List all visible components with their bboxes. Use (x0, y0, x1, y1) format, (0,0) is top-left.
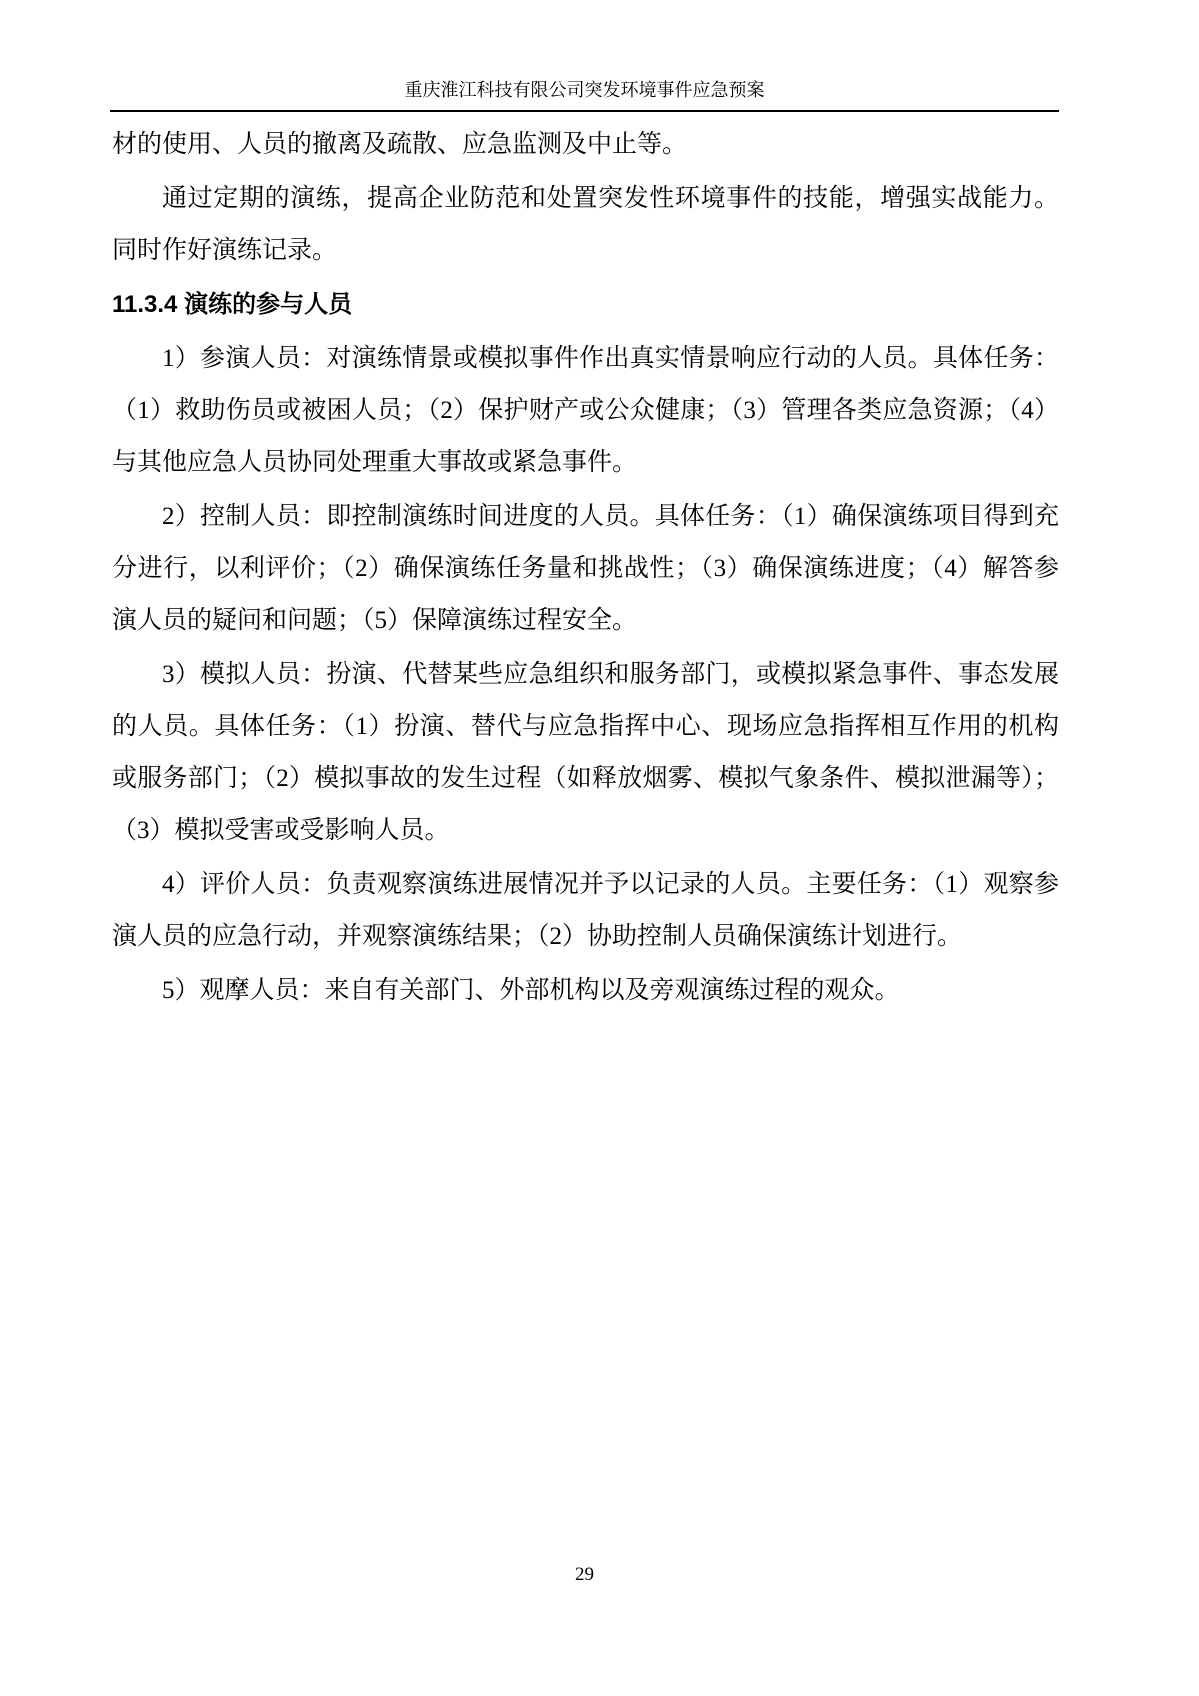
page-footer: 29 (110, 1562, 1059, 1588)
page-number: 29 (575, 1564, 594, 1585)
paragraph-observers: 5）观摩人员：来自有关部门、外部机构以及旁观演练过程的观众。 (112, 965, 1059, 1017)
paragraph-participants: 1）参演人员：对演练情景或模拟事件作出真实情景响应行动的人员。具体任务：（1）救… (112, 333, 1059, 489)
paragraph-drill-purpose: 通过定期的演练，提高企业防范和处置突发性环境事件的技能，增强实战能力。同时作好演… (112, 173, 1059, 277)
paragraph-continuation: 材的使用、人员的撤离及疏散、应急监测及中止等。 (112, 119, 1059, 171)
paragraph-simulators: 3）模拟人员：扮演、代替某些应急组织和服务部门，或模拟紧急事件、事态发展的人员。… (112, 649, 1059, 857)
paragraph-controllers: 2）控制人员：即控制演练时间进度的人员。具体任务：（1）确保演练项目得到充分进行… (112, 491, 1059, 647)
paragraph-evaluators: 4）评价人员：负责观察演练进展情况并予以记录的人员。主要任务：（1）观察参演人员… (112, 859, 1059, 963)
section-heading: 11.3.4 演练的参与人员 (112, 279, 1059, 331)
document-page: 重庆淮江科技有限公司突发环境事件应急预案 材的使用、人员的撤离及疏散、应急监测及… (0, 0, 1199, 1696)
header-title: 重庆淮江科技有限公司突发环境事件应急预案 (405, 80, 765, 100)
page-header: 重庆淮江科技有限公司突发环境事件应急预案 (110, 78, 1059, 112)
body-text: 材的使用、人员的撤离及疏散、应急监测及中止等。 通过定期的演练，提高企业防范和处… (112, 119, 1059, 1019)
